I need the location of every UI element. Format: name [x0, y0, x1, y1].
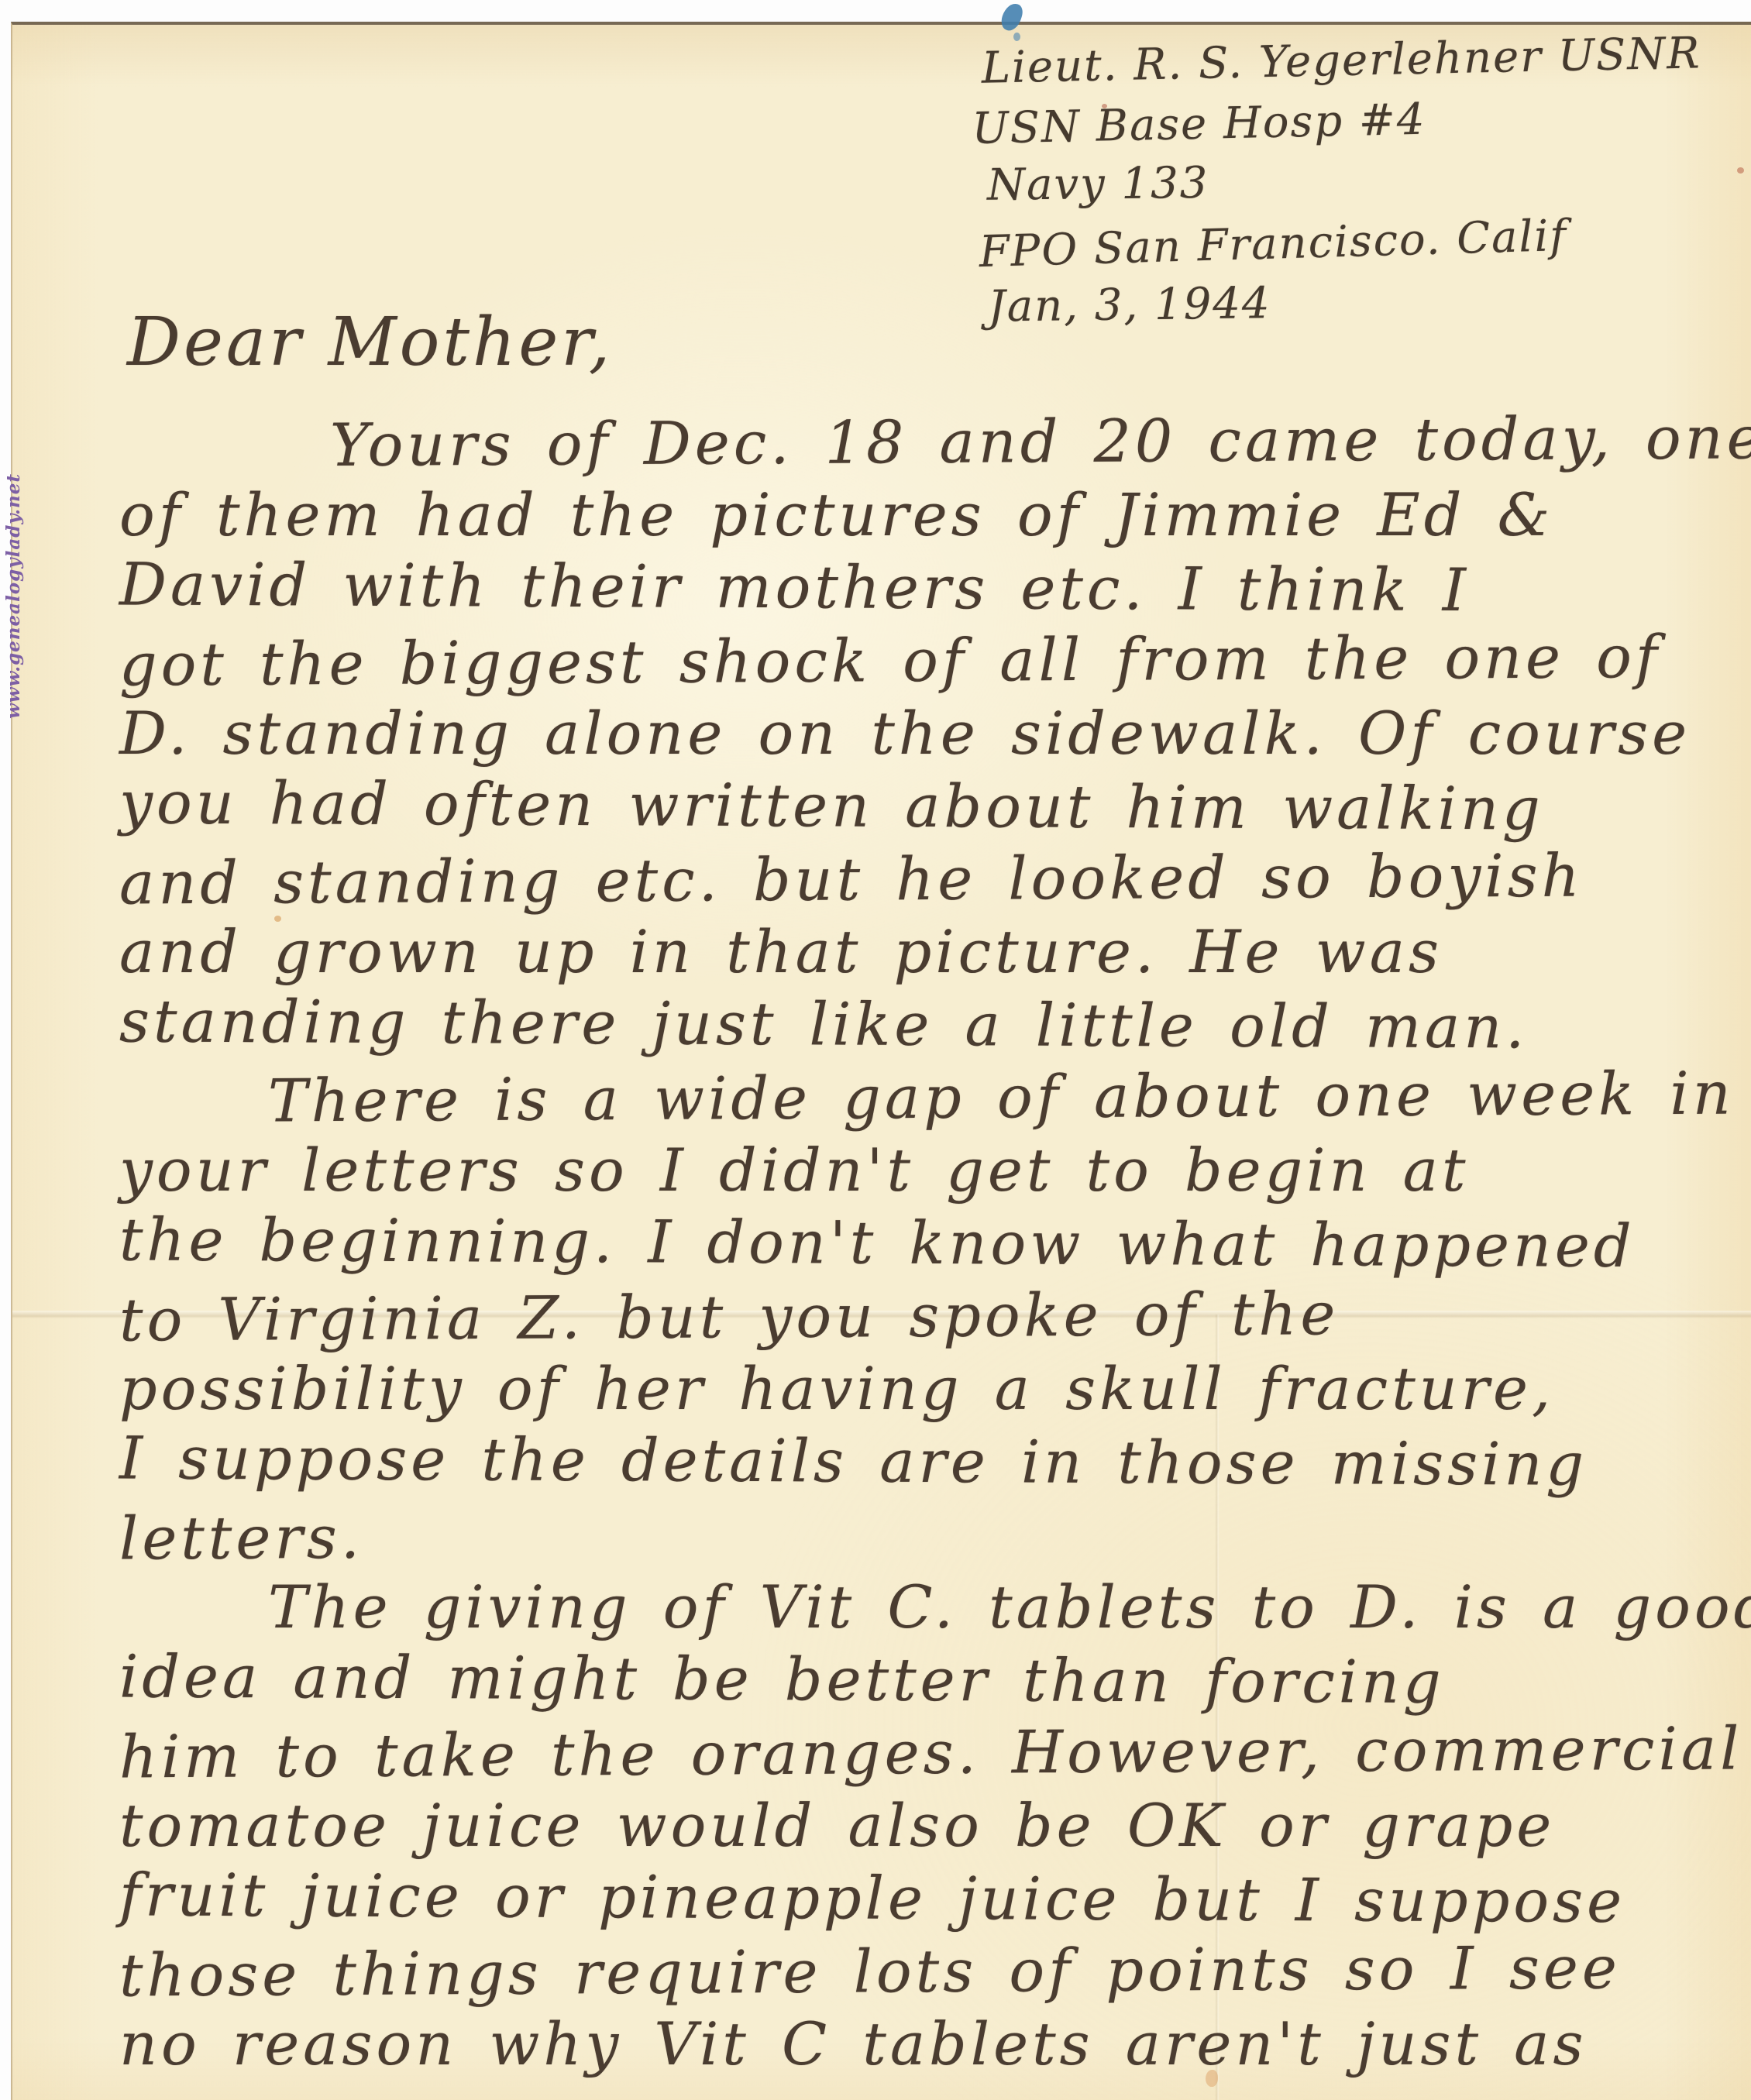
body-line: the beginning. I don't know what happene… [119, 1203, 1737, 1283]
body-line: him to take the oranges. However, commer… [119, 1713, 1737, 1794]
paper-speck [1737, 167, 1744, 174]
body-line: standing there just like a little old ma… [119, 985, 1737, 1064]
body-line: got the biggest shock of all from the on… [119, 620, 1737, 702]
letter-body: Yours of Dec. 18 and 20 came today, one … [119, 406, 1737, 2081]
body-line: letters. [119, 1494, 1737, 1576]
body-line: your letters so I didn't get to begin at [119, 1134, 1737, 1207]
letter-paper: Lieut. R. S. Yegerlehner USNR USN Base H… [11, 22, 1751, 2100]
watermark: www.genealogylady.net [3, 517, 36, 719]
body-line: The giving of Vit C. tablets to D. is a … [119, 1571, 1737, 1644]
body-line: no reason why Vit C tablets aren't just … [119, 2008, 1737, 2081]
body-line: D. standing alone on the sidewalk. Of co… [119, 697, 1737, 770]
body-line: I suppose the details are in those missi… [119, 1421, 1737, 1501]
body-line: Yours of Dec. 18 and 20 came today, one [119, 402, 1737, 483]
header-date-line: Jan, 3, 1944 [988, 268, 1707, 337]
body-line: to Virginia Z. but you spoke of the [119, 1276, 1737, 1357]
body-line: and standing etc. but he looked so boyis… [119, 839, 1737, 920]
body-line: David with their mothers etc. I think I [119, 548, 1737, 627]
body-line: possibility of her having a skull fractu… [119, 1352, 1737, 1425]
body-line: tomatoe juice would also be OK or grape [119, 1789, 1737, 1862]
letter-header-address: Lieut. R. S. Yegerlehner USNR USN Base H… [981, 23, 1707, 340]
body-line: and grown up in that picture. He was [119, 916, 1737, 988]
body-line: you had often written about him walking [119, 766, 1737, 846]
body-line: fruit juice or pineapple juice but I sup… [119, 1858, 1737, 1938]
body-line: There is a wide gap of about one week in [119, 1057, 1737, 1139]
body-line: those things require lots of points so I… [119, 1931, 1737, 2012]
blue-ink-dot [1013, 33, 1020, 41]
scanned-letter-page: Lieut. R. S. Yegerlehner USNR USN Base H… [0, 0, 1751, 2100]
salutation: Dear Mother, [127, 304, 613, 381]
body-line: of them had the pictures of Jimmie Ed & [119, 479, 1737, 552]
body-line: idea and might be better than forcing [119, 1640, 1737, 1720]
